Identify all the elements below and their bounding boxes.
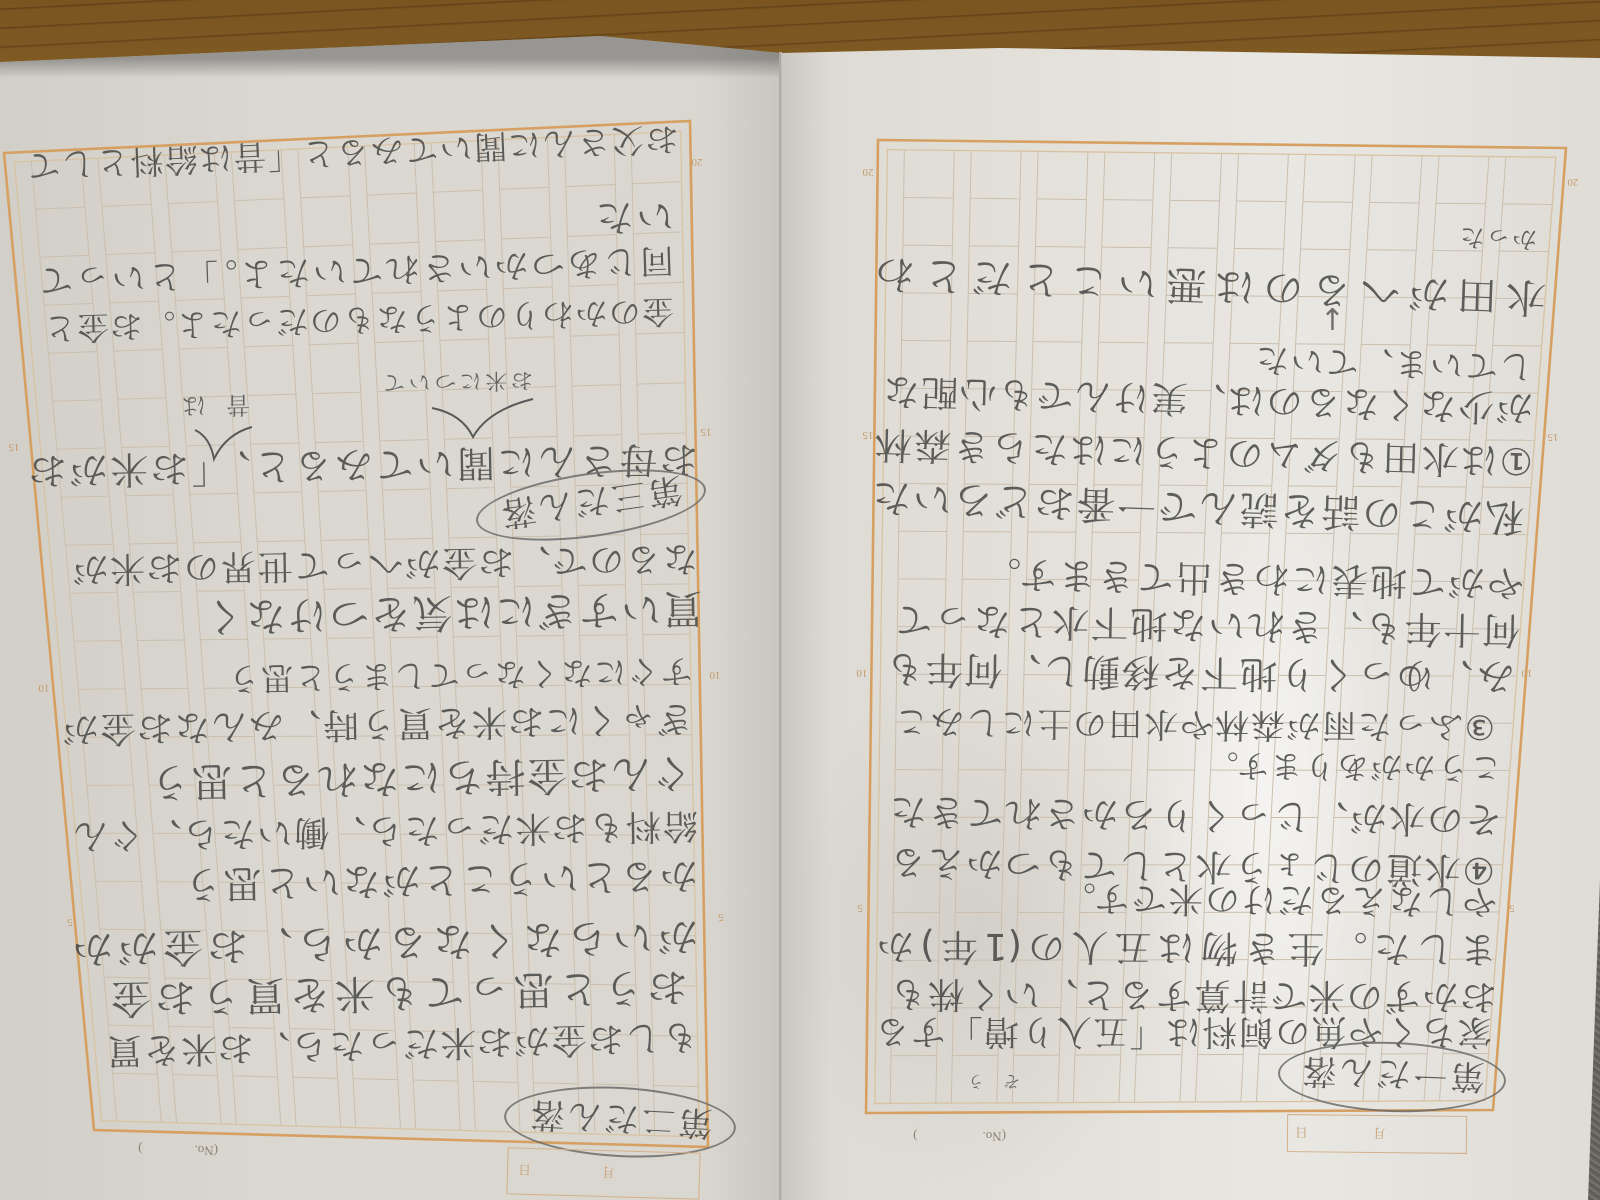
month-label: 月	[1373, 1124, 1386, 1143]
handwritten-line: ④水道のじょう水としてもつかえる	[890, 840, 1496, 892]
handwritten-line: していま、ていた	[1255, 337, 1533, 388]
furigana-note: ぞう	[968, 1068, 1020, 1094]
date-box: 月 日	[506, 1147, 700, 1199]
page-number-label: (No. )	[878, 1128, 1006, 1144]
handwritten-line: こうかがあります。	[1207, 743, 1502, 790]
caret-mark	[432, 399, 533, 437]
handwritten-line: その水が、じっくりろかされてきた	[890, 789, 1503, 842]
date-box: 月 日	[1287, 1114, 1467, 1154]
caret-mark	[195, 427, 252, 459]
handwritten-line: ③ふった雨が森林や水田の土にしみこ	[895, 699, 1495, 748]
handwritten-line: かった	[1459, 215, 1537, 262]
heading-text: 第一だん落	[1299, 1049, 1486, 1104]
insertion-arrow-icon: ↓	[1320, 300, 1345, 335]
handwritten-line: やがて地表にわき出てきます。	[984, 551, 1525, 604]
heading-text: 第二だん落	[526, 1093, 713, 1152]
handwritten-line: ました。生き物は五人の(1年)か	[877, 924, 1497, 971]
month-label: 月	[602, 1164, 616, 1183]
day-label: 日	[1295, 1124, 1308, 1143]
notebook-photo: 20 15 10 5 15 10 5 20 15 10 5 20 15 10 5…	[0, 0, 1600, 1200]
handwritten-line: おかずの米で計算すると、いく株も	[890, 971, 1497, 1018]
day-label: 日	[518, 1162, 532, 1181]
handwritten-line: み、ゆっくり地下を移動し、何年も	[886, 647, 1516, 700]
page-number-label: (No. )	[107, 1139, 218, 1158]
